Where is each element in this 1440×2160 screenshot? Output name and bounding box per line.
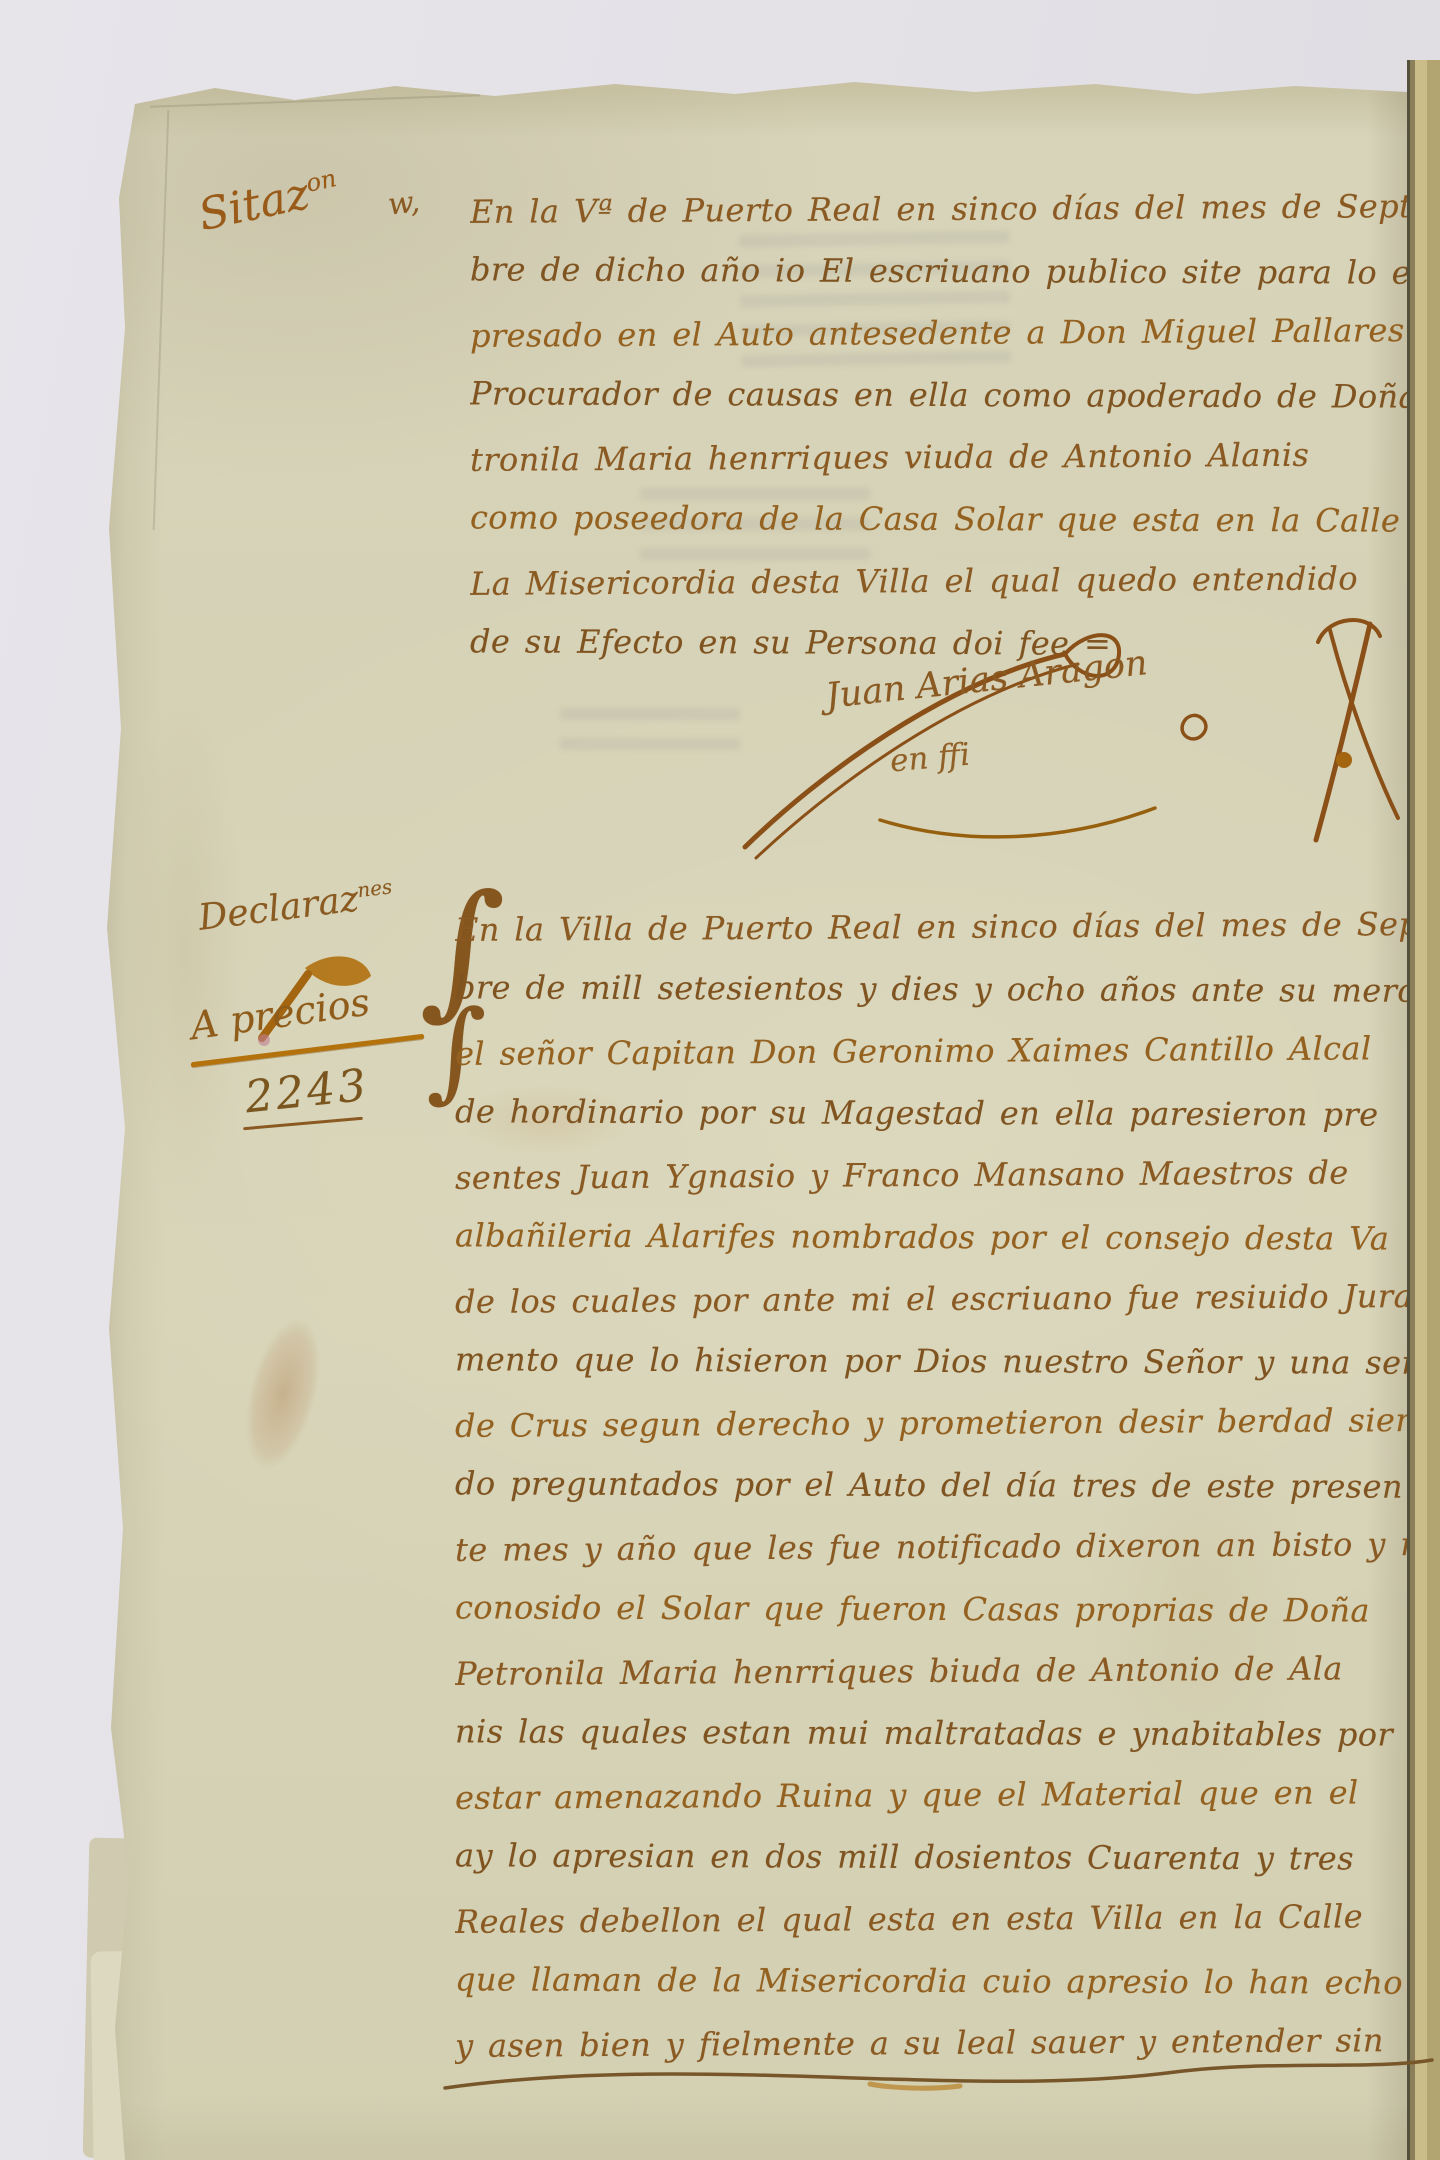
margin-note-declaraciones: Declaraznes (196, 874, 395, 939)
bottom-flourish-line (440, 2040, 1440, 2120)
text-line: presado en el Auto antesedente a Don Mig… (470, 299, 1407, 367)
text-line: bre de mill setesientos y dies y ocho añ… (455, 956, 1407, 1021)
text-line: En la Vª de Puerto Real en sinco días de… (470, 178, 1407, 243)
text-line: nis las quales estan mui maltratadas e y… (455, 1700, 1407, 1765)
text-line: mento que lo hisieron por Dios nuestro S… (455, 1328, 1407, 1393)
margin-note-declaraciones-text: Declaraz (196, 878, 361, 938)
text-line: bre de dicho año io El escriuano publico… (470, 238, 1407, 303)
paragraph-citacion: En la Vª de Puerto Real en sinco días de… (470, 178, 1407, 674)
text-line: En la Villa de Puerto Real en sinco días… (455, 896, 1407, 961)
text-line: de Crus segun derecho y prometieron desi… (455, 1389, 1407, 1457)
text-line: de los cuales por ante mi el escriuano f… (455, 1265, 1407, 1333)
text-line: tronila Maria henrriques viuda de Antoni… (470, 423, 1407, 491)
text-line: albañileria Alarifes nombrados por el co… (455, 1204, 1407, 1269)
text-line: conosido el Solar que fueron Casas propr… (455, 1576, 1407, 1641)
text-line: de hordinario por su Magestad en ella pa… (455, 1080, 1407, 1145)
text-line: Procurador de causas en ella como apoder… (470, 362, 1407, 427)
text-line: que llaman de la Misericordia cuio apres… (455, 1948, 1407, 2013)
text-line: el señor Capitan Don Geronimo Xaimes Can… (455, 1017, 1407, 1085)
scribal-mark: w, (386, 184, 421, 222)
margin-note-declaraciones-sup: nes (356, 875, 393, 902)
text-line: te mes y año que les fue notificado dixe… (455, 1513, 1407, 1581)
text-line: Reales debellon el qual esta en esta Vil… (455, 1885, 1407, 1953)
text-line: estar amenazando Ruina y que el Material… (455, 1761, 1407, 1829)
text-line: La Misericordia desta Villa el qual qued… (470, 547, 1407, 615)
text-line: Petronila Maria henrriques biuda de Anto… (455, 1637, 1407, 1705)
text-line: sentes Juan Ygnasio y Franco Mansano Mae… (455, 1141, 1407, 1209)
margin-note-citacion-text: Sitaz (194, 168, 313, 241)
text-line: ay lo apresian en dos mill dosientos Cua… (455, 1824, 1407, 1889)
margin-note-citacion: Sitazon (194, 162, 343, 241)
text-line: do preguntados por el Auto del día tres … (455, 1452, 1407, 1517)
text-line: como poseedora de la Casa Solar que esta… (470, 486, 1407, 551)
signature-rubric: en ffi (889, 737, 972, 780)
paragraph-declaracion: En la Villa de Puerto Real en sinco días… (455, 896, 1407, 2074)
page-content: Sitazon w, En la Vª de Puerto Real en si… (0, 0, 1440, 2160)
margin-note-citacion-sup: on (304, 164, 339, 198)
signature-block: Juan Arias Aragon en ffi (730, 612, 1440, 872)
manuscript-scan: Sitazon w, En la Vª de Puerto Real en si… (0, 0, 1440, 2160)
